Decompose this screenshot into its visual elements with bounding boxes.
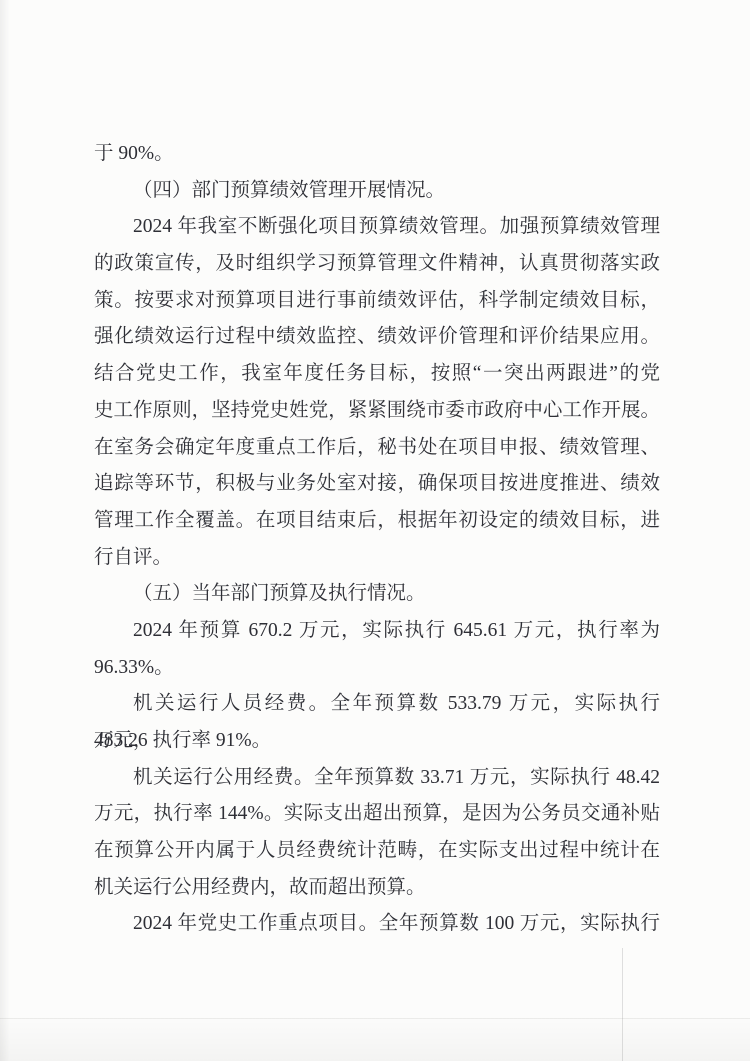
body-paragraph: 2024 年党史工作重点项目。全年预算数 100 万元，实际执行 bbox=[94, 906, 660, 943]
text-line: 机关运行公用经费内，故而超出预算。 bbox=[94, 870, 660, 907]
text-line: 万元，执行率 144%。实际支出超出预算，是因为公务员交通补贴 bbox=[94, 796, 660, 833]
text-line: 在预算公开内属于人员经费统计范畴，在实际支出过程中统计在 bbox=[94, 833, 660, 870]
text-line: 2024 年党史工作重点项目。全年预算数 100 万元，实际执行 bbox=[94, 906, 660, 943]
section-heading: （五）当年部门预算及执行情况。 bbox=[94, 576, 660, 613]
text-line: 于 90%。 bbox=[94, 136, 660, 173]
body-paragraph: 机关运行人员经费。全年预算数 533.79 万元，实际执行 483.26万元，执… bbox=[94, 686, 660, 759]
text-line: 2024 年我室不断强化项目预算绩效管理。加强预算绩效管理 bbox=[94, 209, 660, 246]
scan-edge-shadow-bottom bbox=[0, 1015, 750, 1061]
text-line: 史工作原则，坚持党史姓党，紧紧围绕市委市政府中心工作开展。 bbox=[94, 393, 660, 430]
section-heading: （四）部门预算绩效管理开展情况。 bbox=[94, 173, 660, 210]
text-line: 机关运行人员经费。全年预算数 533.79 万元，实际执行 483.26 bbox=[94, 686, 660, 723]
body-paragraph: 于 90%。 bbox=[94, 136, 660, 173]
text-line: 的政策宣传，及时组织学习预算管理文件精神，认真贯彻落实政 bbox=[94, 246, 660, 283]
document-text: 于 90%。（四）部门预算绩效管理开展情况。2024 年我室不断强化项目预算绩效… bbox=[94, 136, 660, 943]
text-line: 追踪等环节，积极与业务处室对接，确保项目按进度推进、绩效 bbox=[94, 466, 660, 503]
text-line: 管理工作全覆盖。在项目结束后，根据年初设定的绩效目标，进 bbox=[94, 503, 660, 540]
text-line: 结合党史工作，我室年度任务目标，按照“一突出两跟进”的党 bbox=[94, 356, 660, 393]
body-paragraph: 2024 年我室不断强化项目预算绩效管理。加强预算绩效管理的政策宣传，及时组织学… bbox=[94, 209, 660, 576]
text-line: 策。按要求对预算项目进行事前绩效评估，科学制定绩效目标， bbox=[94, 283, 660, 320]
text-line: （五）当年部门预算及执行情况。 bbox=[94, 576, 660, 613]
text-line: 96.33%。 bbox=[94, 650, 660, 687]
text-line: 万元，执行率 91%。 bbox=[94, 723, 660, 760]
text-line: 强化绩效运行过程中绩效监控、绩效评价管理和评价结果应用。 bbox=[94, 319, 660, 356]
body-paragraph: 机关运行公用经费。全年预算数 33.71 万元，实际执行 48.42万元，执行率… bbox=[94, 760, 660, 907]
scan-edge-shadow-left bbox=[0, 0, 10, 1061]
text-line: 2024 年预算 670.2 万元，实际执行 645.61 万元，执行率为 bbox=[94, 613, 660, 650]
body-paragraph: 2024 年预算 670.2 万元，实际执行 645.61 万元，执行率为96.… bbox=[94, 613, 660, 686]
scanned-document-page: 于 90%。（四）部门预算绩效管理开展情况。2024 年我室不断强化项目预算绩效… bbox=[0, 0, 750, 1061]
scan-artifact-horizontal-line bbox=[0, 1018, 750, 1019]
scan-artifact-vertical-line bbox=[622, 948, 623, 1061]
text-line: 在室务会确定年度重点工作后，秘书处在项目申报、绩效管理、 bbox=[94, 430, 660, 467]
text-line: 机关运行公用经费。全年预算数 33.71 万元，实际执行 48.42 bbox=[94, 760, 660, 797]
text-line: 行自评。 bbox=[94, 540, 660, 577]
text-line: （四）部门预算绩效管理开展情况。 bbox=[94, 173, 660, 210]
